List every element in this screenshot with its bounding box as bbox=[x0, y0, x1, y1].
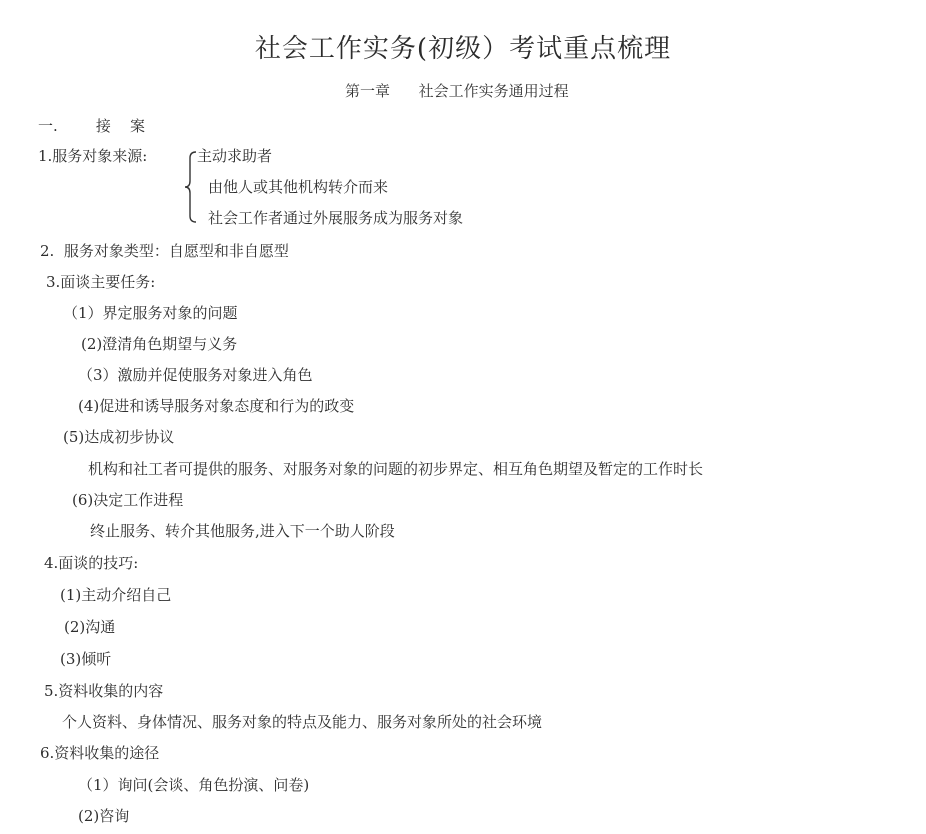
task-item: (2)澄清角色期望与义务 bbox=[81, 333, 237, 355]
item-1-label: 1.服务对象来源: bbox=[38, 145, 157, 167]
task-item: (5)达成初步协议 bbox=[63, 426, 174, 448]
item-5: 5.资料收集的内容 bbox=[44, 680, 163, 702]
source-item: 主动求助者 bbox=[197, 145, 272, 167]
task-item: （3）激励并促使服务对象进入角色 bbox=[78, 364, 313, 386]
source-item: 由他人或其他机构转介而来 bbox=[208, 176, 388, 198]
content-detail: 个人资料、身体情况、服务对象的特点及能力、服务对象所处的社会环境 bbox=[62, 711, 542, 733]
task-detail: 终止服务、转介其他服务,进入下一个助人阶段 bbox=[90, 520, 395, 542]
task-item: (6)决定工作进程 bbox=[72, 489, 183, 511]
brace-icon bbox=[184, 150, 198, 224]
task-detail: 机构和社工者可提供的服务、对服务对象的问题的初步界定、相互角色期望及暂定的工作时… bbox=[88, 458, 703, 480]
item-2: 2. 服务对象类型：自愿型和非自愿型 bbox=[40, 240, 289, 262]
section-heading: 一. 接 案 bbox=[38, 115, 145, 137]
skill-item: (3)倾听 bbox=[60, 648, 111, 670]
document-title: 社会工作实务(初级）考试重点梳理 bbox=[0, 32, 926, 66]
method-item: （1）询问(会谈、角色扮演、问卷) bbox=[78, 774, 309, 796]
item-6: 6.资料收集的途径 bbox=[40, 742, 159, 764]
source-item: 社会工作者通过外展服务成为服务对象 bbox=[208, 207, 463, 229]
skill-item: (1)主动介绍自己 bbox=[60, 584, 171, 606]
skill-item: (2)沟通 bbox=[64, 616, 115, 638]
task-item: （1）界定服务对象的问题 bbox=[63, 302, 238, 324]
chapter-heading: 第一章 社会工作实务通用过程 bbox=[345, 80, 569, 102]
method-item: (2)咨询 bbox=[78, 805, 129, 827]
task-item: (4)促进和诱导服务对象态度和行为的政变 bbox=[78, 395, 354, 417]
item-3: 3.面谈主要任务: bbox=[46, 271, 155, 293]
item-4: 4.面谈的技巧: bbox=[44, 552, 138, 574]
